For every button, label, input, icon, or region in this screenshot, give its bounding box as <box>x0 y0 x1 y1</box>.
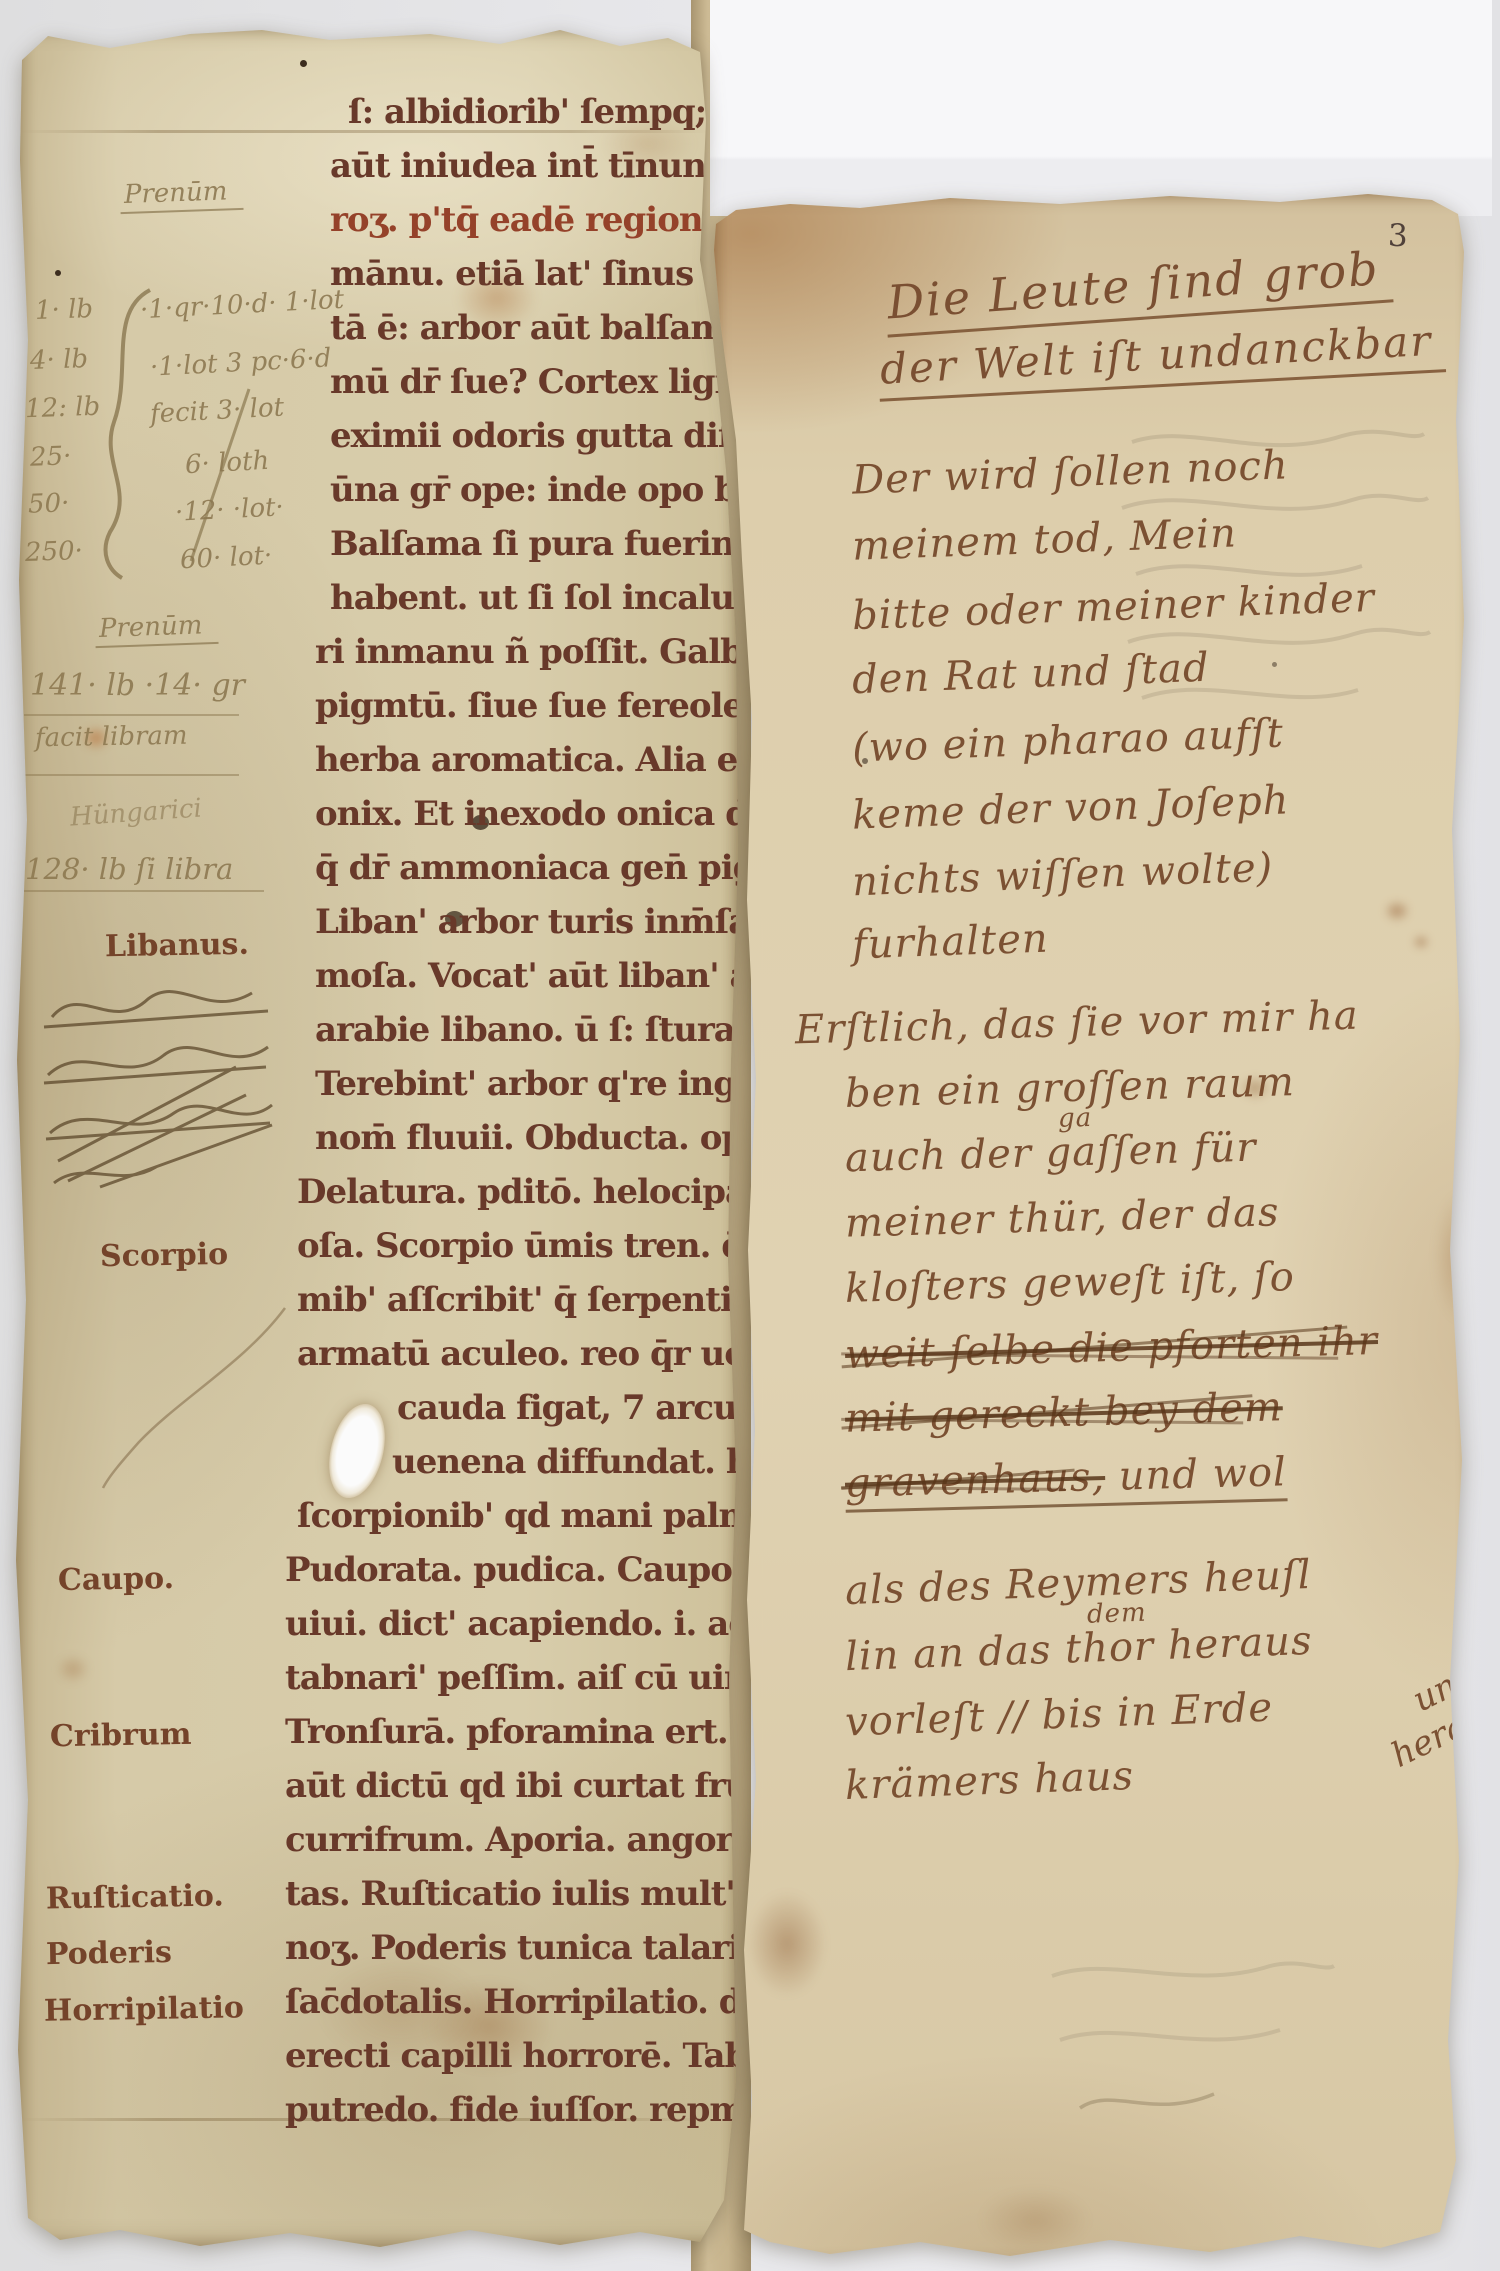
parchment-hole <box>320 1398 394 1504</box>
margin-gloss-cribrum: Cribrum <box>50 1717 192 1754</box>
german-line: gravenhaus, und wol <box>844 1449 1287 1513</box>
weight-entry: 25· <box>29 441 71 472</box>
latin-line: tā ē: arbor aūt balſamū. x <box>330 308 740 348</box>
stain <box>748 1892 826 1996</box>
latin-line: erecti capilli horrorē. Tab <box>285 2036 740 2076</box>
latin-line: nom̄ fluuii. Obducta. opp <box>315 1118 740 1158</box>
ink-speck <box>862 758 868 764</box>
margin-note-header: Prenūm <box>94 610 219 648</box>
stain <box>1240 1076 1270 1100</box>
ink-speck <box>55 270 61 276</box>
ink-speck <box>1272 662 1277 667</box>
crossed-out-scribbles <box>40 975 280 1195</box>
german-line: weit ſelbe die pforten ihr <box>844 1318 1378 1378</box>
latin-line: aūt iniudea int̄ tīnunū, <box>330 146 740 186</box>
faint-scribble <box>1072 2078 1222 2128</box>
german-line: krämers haus <box>844 1753 1135 1809</box>
german-line: mit gereckt bey dem <box>844 1384 1283 1441</box>
stain <box>1434 1192 1474 1322</box>
latin-line: Terebint' arbor q're ingen <box>315 1064 740 1104</box>
german-line: vorleſt // bis in Erde <box>844 1685 1273 1746</box>
latin-line: Balſama ſi pura fuerint ta <box>330 524 740 564</box>
german-line: lin an das thor herausdem <box>844 1618 1313 1680</box>
parchment-crack <box>95 1300 295 1495</box>
german-line: keme der von Joſeph <box>851 777 1290 838</box>
margin-gloss-scorpio: Scorpio <box>100 1237 229 1274</box>
latin-line: tas. Ruſticatio iulis mult' <box>285 1874 735 1914</box>
latin-line: moſa. Vocat' aūt liban' a <box>315 956 740 996</box>
clear-text: und wol <box>1105 1449 1288 1500</box>
latin-line: onix. Et inexodo onica di <box>315 794 740 834</box>
latin-line: arabie libano. ū ſ: ſtura g <box>315 1010 740 1050</box>
latin-line: oſa. Scorpio ūmis tren. q̄ <box>297 1226 740 1266</box>
latin-line: mū dr̄ ſue? Cortex ligni p <box>330 362 740 402</box>
folio-number: 3 <box>1387 218 1408 255</box>
struck-text: gravenhaus, <box>844 1454 1105 1507</box>
latin-line: currifrum. Aporia. angor t' <box>285 1820 740 1860</box>
margin-word-und: und <box>1407 1656 1474 1721</box>
latin-line: eximii odoris gutta diſtl <box>330 416 740 456</box>
german-line: meiner thür, der das <box>844 1189 1280 1246</box>
ghost-showthrough <box>1112 422 1432 712</box>
latin-line: q̄ dr̄ ammoniaca gen̄ pig <box>315 848 740 888</box>
margin-gloss-libanus: Libanus. <box>105 927 249 965</box>
latin-line: cauda figat, 7 arcuan <box>397 1388 740 1428</box>
latin-line: tabnari' peſſim. aiſ cū uino <box>285 1658 740 1698</box>
latin-line: ūna gr̄ ope: inde opo balſa <box>330 470 740 510</box>
latin-line: uiui. dict' acapiendo. i. ace <box>285 1604 740 1644</box>
latin-manuscript-page: ſ: albidiorib' ſempq; madaaūt iniudea in… <box>16 26 740 2248</box>
manuscript-photo: ſ: albidiorib' ſempq; madaaūt iniudea in… <box>0 0 1500 2271</box>
ghost-showthrough <box>1040 1948 1340 2078</box>
latin-line: Liban' arbor turis inm̄ſa <box>315 902 740 942</box>
german-line: als des Reymers heuſl <box>844 1552 1312 1614</box>
german-line: kloſters geweſt iſt, ſo <box>844 1254 1295 1312</box>
latin-line: Pudorata. pudica. Caupo ue <box>285 1550 740 1590</box>
stain <box>1412 934 1430 950</box>
latin-line: habent. ut ſi ſol incaluerit <box>330 578 740 618</box>
margin-note-header: Prenūm <box>119 176 244 214</box>
rule-line <box>24 774 239 776</box>
ink-speck <box>300 60 307 67</box>
curly-brace-mark <box>80 282 200 592</box>
german-line: auch der gaſſen fürga <box>844 1125 1257 1182</box>
latin-line: ſ: albidiorib' ſempq; mada <box>348 92 740 132</box>
german-line: (wo ein pharao aufſt <box>851 710 1284 771</box>
margin-gloss-rusticatio: Ruſticatio. <box>46 1878 224 1916</box>
rule-line <box>24 714 239 716</box>
weight-entry: 250· <box>24 536 83 568</box>
latin-line: noʒ. Poderis tunica talaris <box>285 1928 740 1968</box>
latin-line: putredo. fide iuſſor. repmū <box>285 2090 740 2130</box>
latin-line: ri inmanu ñ poſſit. Galb <box>315 632 740 672</box>
stain <box>1384 900 1410 922</box>
margin-note-sum: 141· lb ·14· gr <box>30 668 245 703</box>
latin-line: mānu. etiā lat' ſinus coll <box>330 254 740 294</box>
stain <box>980 2188 1090 2252</box>
latin-line: Tronſurā. pforamina ert. ſp <box>285 1712 740 1752</box>
german-line: Erſtlich, das ſie vor mir ha <box>794 993 1359 1054</box>
latin-line: mib' aſſcribit' q̄ ſerpentib' a <box>297 1280 740 1320</box>
latin-line: armatū aculeo. reo q̄r uo <box>297 1334 740 1374</box>
margin-gloss-poderis: Poderis <box>46 1935 173 1972</box>
latin-line: ſac̄dotalis. Horripilatio. dū <box>285 1982 740 2022</box>
latin-line: ſcorpionib' qd mani palmā <box>297 1496 740 1536</box>
margin-gloss-horripilatio: Horripilatio <box>44 1990 244 2028</box>
backing-sheet <box>710 0 1492 216</box>
german-line: nichts wiſſen wolte) <box>851 845 1274 906</box>
interlinear-insertion: dem <box>1086 1598 1147 1630</box>
latin-line: Delatura. pditō. helocipa <box>297 1172 740 1212</box>
latin-line: pigmtū. ſiue ſue fereole. V <box>315 686 740 726</box>
rule-line <box>24 890 264 892</box>
latin-line: uenena diffundat. h <box>392 1442 740 1482</box>
german-line: furhalten <box>851 916 1049 969</box>
margin-note-hungarici: Hüngarici <box>69 793 203 832</box>
margin-note-facit: facit libram <box>35 721 188 754</box>
diagonal-stroke <box>185 385 255 570</box>
latin-line: roʒ. p'tq̄ eadē regione po <box>330 200 740 240</box>
german-notes-page: 3 Die Leute ſind grobder Welt iſt undanc… <box>712 192 1474 2270</box>
latin-line: aūt dictū qd ibi curtat fru <box>285 1766 740 1806</box>
margin-note-hungarici-sum: 128· lb ſi libra <box>25 852 233 886</box>
latin-line: herba aromatica. Alia edi <box>315 740 740 780</box>
interlinear-insertion: ga <box>1058 1103 1093 1134</box>
margin-gloss-caupo: Caupo. <box>58 1561 175 1598</box>
weight-entry: 50· <box>27 488 69 519</box>
stain <box>56 1654 90 1684</box>
